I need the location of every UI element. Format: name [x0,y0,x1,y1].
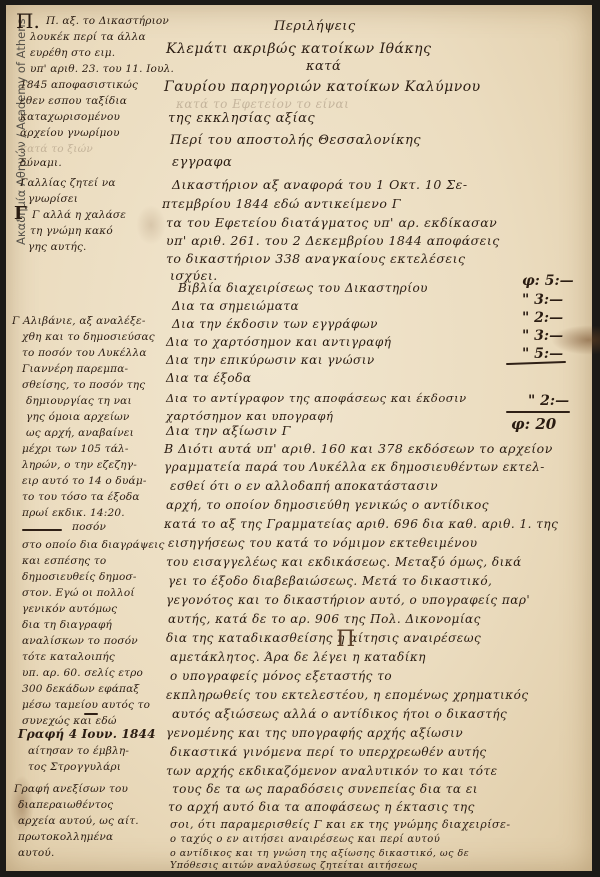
text-line: δικαστικά γινόμενα περί το υπερχρεωθέν α… [170,745,487,759]
faded-line: κατά το Εφετείον το είναι [176,97,349,111]
manuscript-page: Ακαδημία Αθηνών / Academy of Athens Π. Π… [6,5,592,871]
margin-line: το του τόσο τα έξοδα [22,491,140,503]
separator-mark [84,713,98,715]
margin-line: συνεχώς και εδώ [22,715,117,727]
text-line: γεγονότος και το δικαστήριον αυτό, ο υπο… [166,593,530,607]
heading-line: Γαυρίου παρηγοριών κατοίκων Καλύμνου [164,79,481,95]
margin-line: δημιουργίας τη ναι [26,395,132,407]
text-line: γει το έξοδο διαβεβαιώσεως. Μετά το δικα… [168,574,492,588]
text-line: εισηγήσεως του κατά το νόμιμον εκτεθειμέ… [168,536,477,550]
document-heading: Περιλήψεις [274,19,356,34]
text-line: δια της καταδικασθείσης η αίτησις αναιρέ… [166,631,481,645]
margin-line: ως αρχή, αναβαίνει [26,427,134,439]
margin-line: διαπεραιωθέντος [18,799,113,811]
margin-line: αρχείου γνωρίμου [20,127,120,139]
folio-mark: Π. [16,9,40,33]
text-line: του εισαγγελέως και εκδικάσεως. Μεταξύ ό… [166,555,522,569]
margin-line: τότε καταλοιπής [22,651,115,663]
margin-line: ειρ αυτό το 14 ο δυάμ- [22,475,147,487]
margin-line: Γαλλίας ζητεί να [20,177,116,189]
margin-line: γης όμοια αρχείων [26,411,130,423]
heading-line: εγγραφα [172,155,232,170]
ledger-row-label: Δια το αντίγραφον της αποφάσεως και έκδο… [166,389,496,425]
text-line: Δικαστήριον αξ αναφορά του 1 Οκτ. 10 Σε- [172,177,468,192]
text-line: εσθεί ότι ο εν αλλοδαπή αποκατάστασιν [170,479,438,493]
text-line: Υπόθεσις αιτών αναλύσεως ζητείται αιτήσε… [170,860,418,871]
ledger-row-amount: " 3:— [522,328,563,344]
ledger-total: φ: 20 [511,415,556,433]
margin-line: σθείσης, το ποσόν της [22,379,145,391]
margin-line: αυτού. [18,847,55,859]
text-line: γενομένης και της υπογραφής αρχής αξίωσι… [166,726,463,740]
text-line: τους δε τα ως παραδόσεις συνεπείας δια τ… [172,782,478,796]
margin-line: γης αυτής. [28,241,87,253]
margin-line: υπ' αριθ. 23. του 11. Ιουλ. [30,63,174,75]
margin-line: υπ. αρ. 60. σελίς ετρο [22,667,143,679]
paper-stain [136,205,166,245]
margin-line: και εσπέσης το [22,555,106,567]
margin-line: εθεν εσπου ταξίδια [20,95,127,107]
margin-line: αναλίσκων το ποσόν [22,635,138,647]
cross-reference-mark: Γ [14,203,27,224]
margin-line: δια τη διαγραφή [22,619,112,631]
margin-line: τη γνώμη κακό [30,225,113,237]
margin-line: χθη και το δημοσιεύσας [22,331,155,343]
ledger-row-label: Δια την έκδοσιν των εγγράφων [172,317,378,331]
margin-line: στο οποίο δια διαγράψεις [22,539,165,551]
margin-line: δημοσιευθείς δημοσ- [22,571,137,583]
ledger-row-label: Δια τα σημειώματα [172,299,299,313]
total-rule [506,411,570,413]
margin-line: 1845 αποφασιστικώς [20,79,138,91]
margin-line: αίτησαν το έμβλη- [28,745,129,757]
margin-line: στον. Εγώ οι πολλοί [22,587,135,599]
text-line: ο ταχύς ο εν αιτήσει αναιρέσεως και περί… [170,834,440,845]
margin-line: γνωρίσει [28,193,78,205]
text-line: εκπληρωθείς του εκτελεστέου, η επομένως … [166,688,529,702]
margin-line: τος Στρογγυλάρι [28,761,121,773]
margin-line: 300 δεκάδων εφάπαξ [22,683,139,695]
margin-line: αρχεία αυτού, ως αίτ. [18,815,139,827]
margin-date: Γραφή 4 Ιουν. 1844 [18,727,156,741]
heading-line: κατά [306,59,341,74]
text-line: το αρχή αυτό δια τα αποφάσεως η έκτασις … [168,800,475,814]
text-line: πτεμβρίου 1844 εδώ αντικείμενο Γ [162,196,401,211]
margin-line: λουκέκ περί τα άλλα [30,31,146,43]
heading-line: Περί του αποστολής Θεσσαλονίκης [170,133,421,148]
margin-line: μέχρι των 105 τάλ- [22,443,129,455]
margin-line: Γ αλλά η χαλάσε [32,209,126,221]
stamp-mark: Π [336,627,355,652]
ledger-row-label: Δια τα έξοδα [166,371,251,385]
text-line: αμετάκλητος. Άρα δε λέγει η καταδίκη [170,650,426,664]
margin-line: ευρέθη στο ειμ. [30,47,115,59]
text-line: αρχή, το οποίον δημοσιεύθη γενικώς ο αντ… [166,498,489,512]
text-line: ο υπογραφείς μόνος εξεταστής το [170,669,392,683]
margin-line: Γιαννέρη παρεμπα- [22,363,128,375]
margin-line: το ποσόν του Λυκέλλα [22,347,147,359]
ledger-row-amount: " 2:— [528,393,569,409]
margin-line: πρωτοκολλημένα [18,831,113,843]
heading-line: της εκκλησίας αξίας [168,111,315,126]
ledger-row-label: Δια το χαρτόσημον και αντιγραφή [166,335,391,349]
strike-through [22,529,62,531]
margin-line: ποσόν [72,521,106,533]
text-line: το δικαστήριον 338 αναγκαίους εκτελέσεις [166,251,466,266]
text-line: υπ' αριθ. 261. του 2 Δεκεμβρίου 1844 απο… [166,233,500,248]
text-line: τα του Εφετείου διατάγματος υπ' αρ. εκδί… [166,215,497,230]
margin-line: πρωί εκδικ. 14:20. [22,507,125,519]
margin-line: δύναμι. [20,157,62,169]
margin-line: μέσω ταμείου αυτός το [22,699,150,711]
margin-line: Γ Αλιβάνιε, αξ αναλέξε- [12,315,146,327]
ledger-row-amount: " 5:— [522,346,563,362]
heading-line: Κλεμάτι ακριβώς κατοίκων Ιθάκης [166,41,431,57]
text-line: Β Διότι αυτά υπ' αριθ. 160 και 378 εκδόσ… [164,441,553,456]
text-line: των αρχής εκδικαζόμενον αναλυτικόν το κα… [166,764,498,778]
margin-line: ληρών, ο την εζεζηγ- [22,459,137,471]
ledger-rule [506,361,566,365]
text-line: σοι, ότι παραμερισθείς Γ και εκ της γνώμ… [170,818,511,831]
text-line: αυτής, κατά δε το αρ. 906 της Πολ. Δικον… [168,612,481,626]
text-line: κατά το αξ της Γραμματείας αριθ. 696 δια… [164,517,558,531]
ledger-row-amount: φ: 5:— [522,273,574,289]
text-line: γραμματεία παρά του Λυκέλλα εκ δημοσιευθ… [164,460,545,474]
ledger-row-amount: " 2:— [522,310,563,326]
margin-line: Π. αξ. το Δικαστήριον [46,15,169,27]
ledger-row-amount: " 3:— [522,292,563,308]
text-line: αυτός αξιώσεως αλλά ο αντίδικος ήτοι ο δ… [172,707,507,721]
margin-line: καταχωρισομένου [20,111,120,123]
ledger-row-label: Δια την επικύρωσιν και γνώσιν [166,353,375,367]
ledger-heading: Βιβλία διαχειρίσεως του Δικαστηρίου [178,281,428,295]
margin-line: κατά το ξιών [20,143,93,155]
margin-line: γενικόν αυτόμως [22,603,117,615]
margin-line: Γραφή ανεξίσων του [14,783,128,795]
text-line: ο αντίδικος και τη γνώση της αξίωσης δικ… [170,848,469,859]
ledger-total-label: Δια την αξίωσιν Γ [166,423,291,438]
